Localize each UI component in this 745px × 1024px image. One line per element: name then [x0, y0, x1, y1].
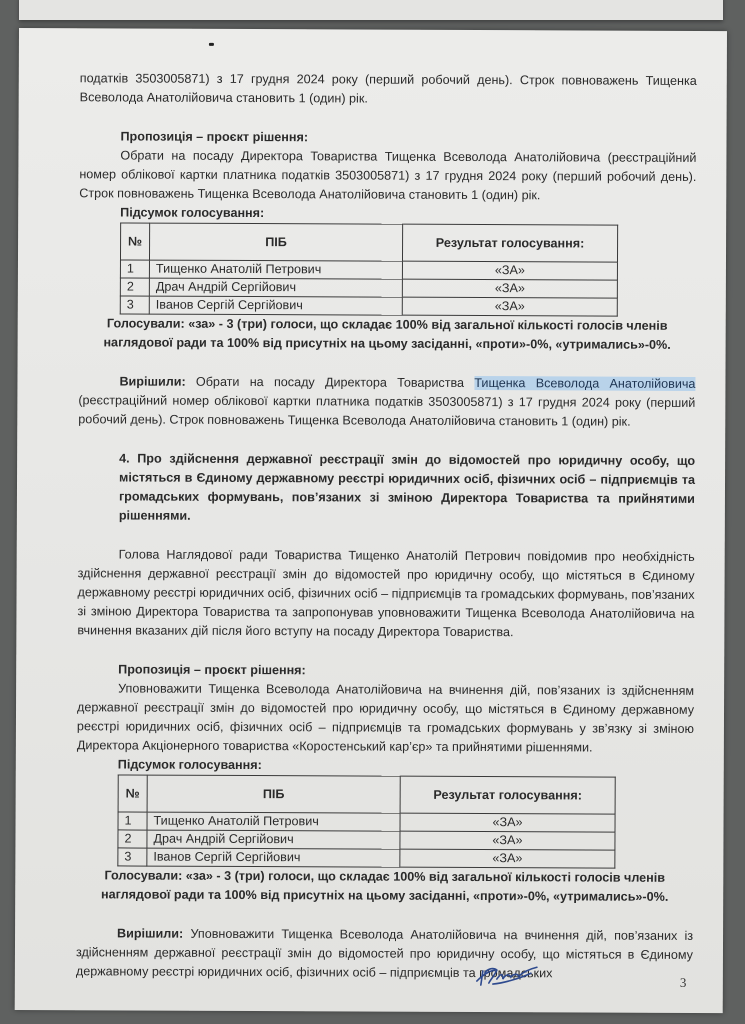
table-row: 1 Тищенко Анатолій Петрович «ЗА»: [118, 812, 615, 832]
row-result: «ЗА»: [402, 297, 617, 316]
continuation-paragraph: податків 3503005871) з 17 грудня 2024 ро…: [80, 69, 697, 110]
table-row: 2 Драч Андрій Сергійович «ЗА»: [118, 830, 615, 850]
row-name: Тищенко Анатолій Петрович: [147, 812, 400, 831]
row-name: Іванов Сергій Сергійович: [149, 296, 402, 315]
paper-speck: [209, 43, 214, 46]
row-name: Тищенко Анатолій Петрович: [149, 260, 402, 279]
row-name: Драч Андрій Сергійович: [149, 278, 402, 297]
row-result: «ЗА»: [400, 813, 615, 832]
row-number: 1: [118, 812, 147, 830]
previous-page-edge: [19, 0, 723, 20]
resolution-paragraph: Вирішили: Уповноважити Тищенка Всеволода…: [76, 924, 693, 984]
proposal-text: Обрати на посаду Директора Товариства Ти…: [79, 146, 696, 206]
voting-result: Голосували: «за» - 3 (три) голоси, що ск…: [79, 314, 696, 355]
row-name: Драч Андрій Сергійович: [147, 830, 400, 849]
resolution-paragraph: Вирішили: Обрати на посаду Директора Тов…: [78, 372, 695, 432]
row-result: «ЗА»: [400, 831, 615, 850]
row-number: 2: [118, 830, 147, 848]
page-content: податків 3503005871) з 17 грудня 2024 ро…: [76, 69, 697, 984]
resolved-text: Обрати на посаду Директора Товариства: [196, 375, 464, 390]
row-number: 1: [120, 260, 149, 278]
row-number: 3: [118, 848, 147, 866]
header-number: №: [120, 223, 149, 260]
resolved-label: Вирішили:: [119, 374, 185, 388]
section-4-body: Голова Наглядової ради Товариства Тищенк…: [77, 545, 694, 643]
votes-table: № ПІБ Результат голосування: 1 Тищенко А…: [120, 222, 618, 316]
signature-icon: [473, 961, 543, 989]
resolved-text-continued: (реєстраційний номер облікової картки пл…: [78, 393, 695, 428]
row-result: «ЗА»: [402, 279, 617, 298]
row-result: «ЗА»: [400, 849, 615, 868]
vote-summary-label: Підсумок голосування:: [77, 755, 694, 777]
table-row: 3 Іванов Сергій Сергійович «ЗА»: [118, 848, 615, 868]
selected-text-highlight[interactable]: Тищенка Всеволода Анатолійовича: [474, 376, 695, 391]
header-name: ПІБ: [147, 775, 400, 813]
votes-table: № ПІБ Результат голосування: 1 Тищенко А…: [117, 774, 615, 868]
row-number: 3: [120, 296, 149, 314]
section-4-heading: 4. Про здійснення державної реєстрації з…: [78, 449, 695, 528]
header-result: Результат голосування:: [400, 776, 615, 814]
table-row: 3 Іванов Сергій Сергійович «ЗА»: [120, 296, 617, 316]
table-header-row: № ПІБ Результат голосування:: [118, 775, 615, 814]
voting-result: Голосували: «за» - 3 (три) голоси, що ск…: [76, 866, 693, 907]
row-number: 2: [120, 278, 149, 296]
vote-summary-label: Підсумок голосування:: [79, 203, 696, 225]
header-number: №: [118, 775, 147, 812]
page-number: 3: [680, 973, 687, 992]
header-result: Результат голосування:: [402, 224, 617, 262]
table-row: 2 Драч Андрій Сергійович «ЗА»: [120, 278, 617, 298]
resolved-label: Вирішили:: [117, 926, 183, 940]
table-row: 1 Тищенко Анатолій Петрович «ЗА»: [120, 260, 617, 280]
header-name: ПІБ: [149, 223, 402, 261]
document-page: податків 3503005871) з 17 грудня 2024 ро…: [15, 28, 727, 1013]
proposal-text: Уповноважити Тищенка Всеволода Анатолійо…: [77, 679, 694, 758]
row-name: Іванов Сергій Сергійович: [147, 848, 400, 867]
table-header-row: № ПІБ Результат голосування:: [120, 223, 617, 262]
row-result: «ЗА»: [402, 261, 617, 280]
